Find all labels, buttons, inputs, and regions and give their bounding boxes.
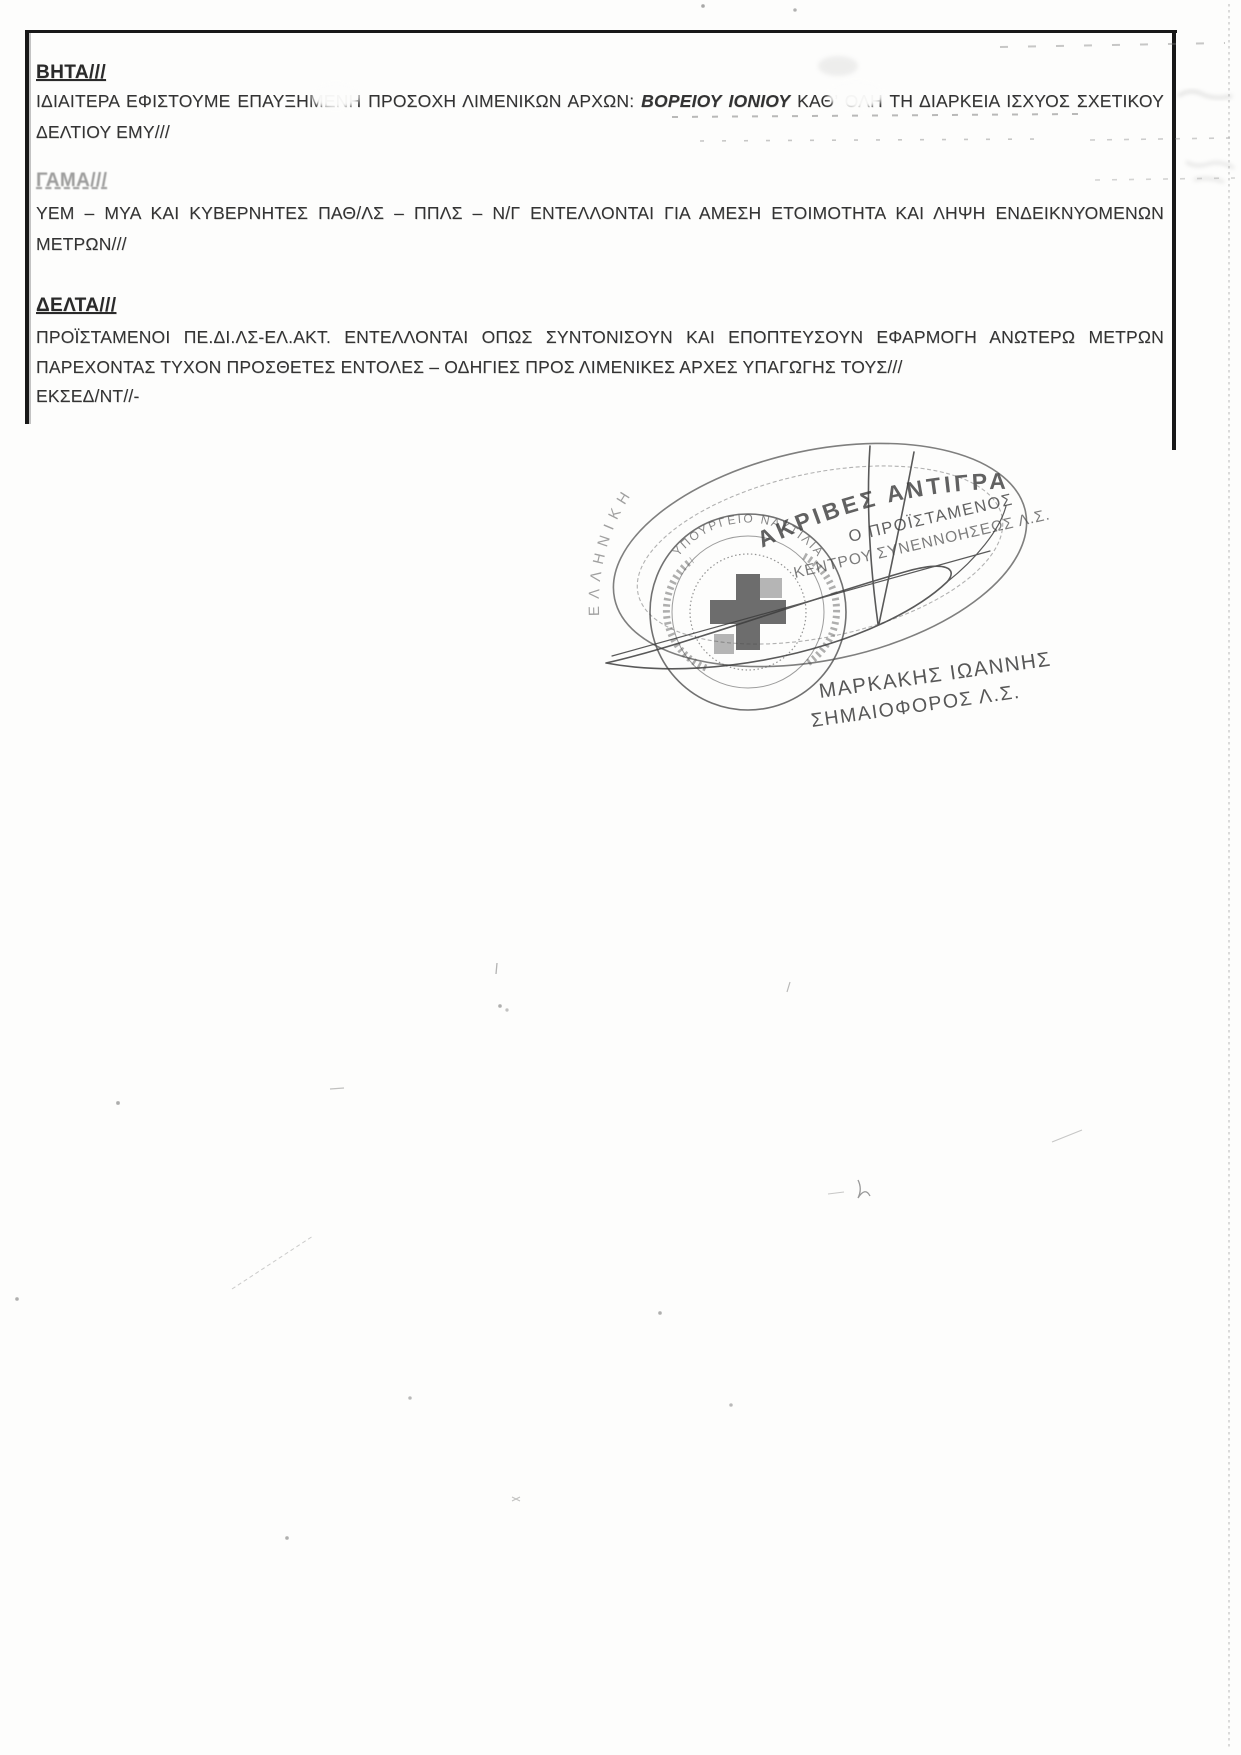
signer-unit-text: ΚΕΝΤΡΟΥ ΣΥΝΕΝΝΟΗΣΕΩΣ Λ.Σ. <box>792 506 1052 582</box>
bhta-line1-text: ΙΔΙΑΙΤΕΡΑ ΕΦΙΣΤΟΥΜΕ ΕΠΑΥΞΗΜΕΝΗ ΠΡΟΣΟΧΗ Λ… <box>36 91 641 111</box>
stray-diagonal-line <box>232 1236 313 1289</box>
bhta-line1-emphasis: ΒΟΡΕΙΟΥ ΙΟΝΙΟΥ <box>641 91 790 111</box>
box-border-top <box>27 30 1177 33</box>
round-stamp-oval <box>593 409 1047 702</box>
signer-rank-text: ΣΗΜΑΙΟΦΟΡΟΣ Λ.Σ. <box>810 681 1022 732</box>
signer-name-text: ΜΑΡΚΑΚΗΣ ΙΩΑΝΝΗΣ <box>817 648 1052 703</box>
section-delta-line-3: ΕΚΣΕΔ/ΝΤ//- <box>36 383 1164 409</box>
box-border-right <box>1172 30 1176 450</box>
bhta-line1-tail: ΚΑΘ’ ΟΛΗ ΤΗ ΔΙΑΡΚΕΙΑ ΙΣΧΥΟΣ ΣΧΕΤΙΚΟΥ <box>790 91 1164 111</box>
section-bhta-line-1: ΙΔΙΑΙΤΕΡΑ ΕΦΙΣΤΟΥΜΕ ΕΠΑΥΞΗΜΕΝΗ ΠΡΟΣΟΧΗ Λ… <box>36 88 1164 114</box>
signer-title-text: Ο ΠΡΟΪΣΤΑΜΕΝΟΣ <box>847 490 1015 545</box>
seal-rim-text: ΕΛΛΗΝΙΚΗ <box>586 483 637 616</box>
section-gama-line-1: ΥΕΜ – ΜΥΑ ΚΑΙ ΚΥΒΕΡΝΗΤΕΣ ΠΑΘ/ΛΣ – ΠΠΛΣ –… <box>36 200 1164 226</box>
stamp-and-artifacts-overlay: ΥΠΟΥΡΓΕΙΟ ΝΑΥΤΙΛΙΑΣ ΕΛΛΗΝΙΚΗ ΑΚΡΙΒΕΣ ΑΝΤ… <box>0 0 1241 1755</box>
box-border-left <box>25 30 29 424</box>
section-gama-header: ΓΑΜΑ/// <box>36 168 1164 194</box>
section-delta-line-2: ΠΑΡΕΧΟΝΤΑΣ ΤΥΧΟΝ ΠΡΟΣΘΕΤΕΣ ΕΝΤΟΛΕΣ – ΟΔΗ… <box>36 354 1164 380</box>
section-delta-line-1: ΠΡΟΪΣΤΑΜΕΝΟΙ ΠΕ.ΔΙ.ΛΣ-ΕΛ.ΑΚΤ. ΕΝΤΕΛΛΟΝΤΑ… <box>36 324 1164 350</box>
scanned-document-page: ΒΗΤΑ/// ΙΔΙΑΙΤΕΡΑ ΕΦΙΣΤΟΥΜΕ ΕΠΑΥΞΗΜΕΝΗ Π… <box>0 0 1241 1755</box>
greek-cross-icon <box>710 574 786 654</box>
section-gama-line-2: ΜΕΤΡΩΝ/// <box>36 231 1164 257</box>
laurel-wreath-icon <box>666 556 836 668</box>
section-delta-header: ΔΕΛΤΑ/// <box>36 293 1164 319</box>
signature-strokes <box>606 446 1006 669</box>
section-bhta-header: ΒΗΤΑ/// <box>36 60 1164 86</box>
section-bhta-line-2: ΔΕΛΤΙΟΥ ΕΜΥ/// <box>36 119 1164 145</box>
